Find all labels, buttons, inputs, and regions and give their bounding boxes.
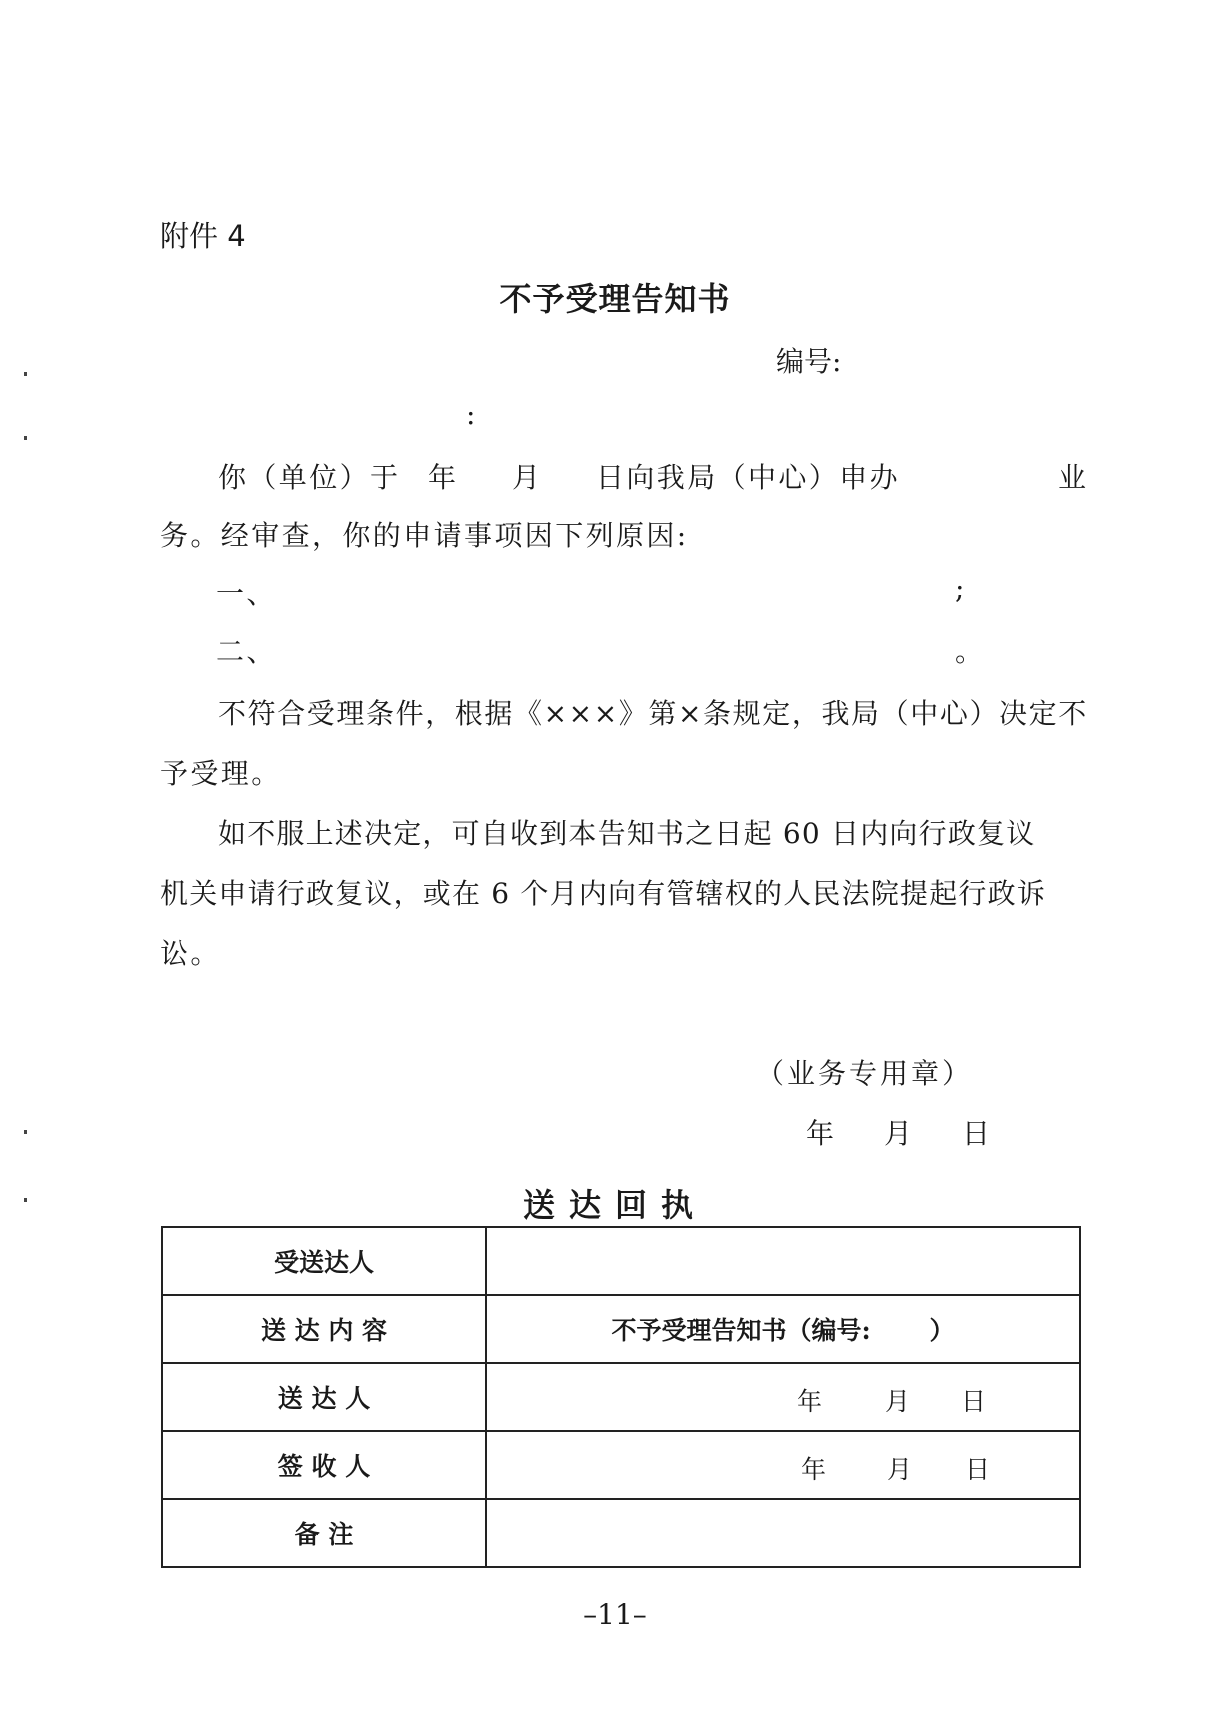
content-label: 送 达 内 容 — [162, 1295, 486, 1363]
signer-month: 月 — [887, 1450, 912, 1486]
receipt-row-deliverer: 送 达 人 年 月 日 — [162, 1363, 1080, 1431]
application-text-end: 业 — [1058, 456, 1088, 496]
deliverer-value[interactable]: 年 月 日 — [486, 1363, 1080, 1431]
deliverer-year: 年 — [797, 1382, 822, 1418]
paragraph-application: 你（单位）于 年 月 日向我局（中心）申办 业 — [160, 456, 1090, 496]
paragraph-review: 务。经审查，你的申请事项因下列原因: — [160, 514, 1090, 554]
reason-1-end: ; — [955, 572, 967, 605]
paragraph-decision-line1: 不符合受理条件，根据《×××》第×条规定，我局（中心）决定不 — [218, 692, 1148, 732]
receipt-table: 受送达人 送 达 内 容 不予受理告知书（编号: ） 送 达 人 年 月 日 签… — [161, 1226, 1081, 1568]
annex-label: 附件 4 — [160, 214, 246, 255]
receipt-row-recipient: 受送达人 — [162, 1227, 1080, 1295]
signer-label: 签 收 人 — [162, 1431, 486, 1499]
deliverer-day: 日 — [961, 1382, 986, 1418]
recipient-value[interactable] — [486, 1227, 1080, 1295]
seal-label: （业务专用章） — [756, 1052, 973, 1092]
paragraph-appeal-line3: 讼。 — [160, 932, 1090, 972]
signer-year: 年 — [801, 1450, 826, 1486]
receipt-row-content: 送 达 内 容 不予受理告知书（编号: ） — [162, 1295, 1080, 1363]
deliverer-month: 月 — [885, 1382, 910, 1418]
signer-day: 日 — [965, 1450, 990, 1486]
remarks-value[interactable] — [486, 1499, 1080, 1567]
scan-mark — [24, 372, 27, 376]
receipt-title: 送达回执 — [0, 1180, 1230, 1226]
addressee-colon: : — [466, 398, 475, 431]
reason-1: 一、 ; — [160, 572, 1090, 612]
paragraph-decision-line2: 予受理。 — [160, 752, 1090, 792]
scan-mark — [24, 436, 27, 440]
paragraph-appeal-line2: 机关申请行政复议，或在 6 个月内向有管辖权的人民法院提起行政诉 — [160, 872, 1090, 912]
application-month: 月 — [512, 456, 542, 496]
paragraph-appeal-line1: 如不服上述决定，可自收到本告知书之日起 60 日内向行政复议 — [218, 812, 1148, 852]
application-text-start: 你（单位）于 — [218, 456, 400, 496]
reason-2: 二、 。 — [160, 630, 1090, 670]
content-value: 不予受理告知书（编号: ） — [486, 1295, 1080, 1363]
receipt-row-signer: 签 收 人 年 月 日 — [162, 1431, 1080, 1499]
document-title: 不予受理告知书 — [0, 274, 1230, 320]
reason-2-end: 。 — [955, 630, 985, 670]
recipient-label: 受送达人 — [162, 1227, 486, 1295]
remarks-label: 备 注 — [162, 1499, 486, 1567]
receipt-row-remarks: 备 注 — [162, 1499, 1080, 1567]
serial-number-label: 编号: — [776, 340, 841, 380]
page-number: –11– — [0, 1598, 1230, 1631]
scan-mark — [24, 1130, 27, 1134]
reason-2-label: 二、 — [216, 630, 277, 670]
signer-value[interactable]: 年 月 日 — [486, 1431, 1080, 1499]
issue-date-year: 年 — [806, 1112, 834, 1152]
application-text-mid: 日向我局（中心）申办 — [596, 456, 900, 496]
reason-1-label: 一、 — [216, 572, 277, 612]
issue-date-month: 月 — [884, 1112, 912, 1152]
application-year: 年 — [428, 456, 458, 496]
issue-date-day: 日 — [962, 1112, 990, 1152]
deliverer-label: 送 达 人 — [162, 1363, 486, 1431]
